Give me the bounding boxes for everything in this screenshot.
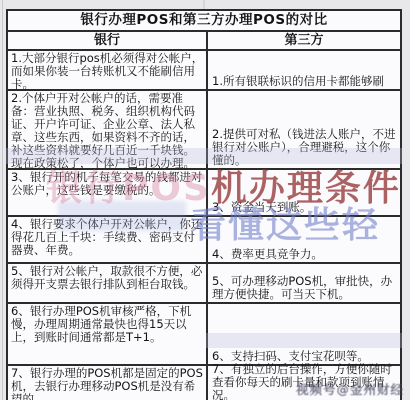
table-title: 银行办理POS和第三方办理POS的对比 [8, 11, 400, 32]
bank-cell-4: 4、银行要求个体户开对公帐户，你还得花几百上千块：手续费、密码支付器费、年费。 [8, 217, 208, 262]
table-row: 4、银行要求个体户开对公帐户，你还得花几百上千块：手续费、密码支付器费、年费。 … [8, 217, 400, 264]
bank-cell-6: 6、银行办理POS机审核严格，下机慢，办理周期通常最快也得15天以上，到账时间通… [8, 304, 208, 364]
bank-cell-2: 2.个体户开对公帐户的话，需要准备：营业执照、税务、组织机构代码证、开户许可证、… [8, 91, 208, 168]
table-row: 2.个体户开对公帐户的话，需要准备：营业执照、税务、组织机构代码证、开户许可证、… [8, 91, 400, 170]
scanned-comparison-page: 银行办理POS和第三方办理POS的对比 银行 第三方 1.大部分银行pos机必须… [0, 0, 410, 400]
cell-text: 7、有独立的后台操作，方便你随时查看你每天的刷卡量和款项到账情况。 [212, 363, 398, 400]
cell-text: 4、费率更具竞争力。 [212, 248, 323, 261]
thirdparty-cell-3: 3、资金当天到账。 [208, 170, 400, 215]
bank-cell-1: 1.大部分银行pos机必须得对公帐户，而如果你装一台转账机又不能刷信用卡。 [8, 51, 208, 89]
column-header-bank: 银行 [8, 32, 208, 49]
scan-edge-line [2, 0, 3, 400]
table-row: 1.大部分银行pos机必须得对公帐户，而如果你装一台转账机又不能刷信用卡。 1.… [8, 51, 400, 91]
table-row: 5、银行对公帐户，取款很不方便，必须得开支票去银行排队到柜台取钱。 5、可办理移… [8, 264, 400, 304]
table-header-row: 银行 第三方 [8, 32, 400, 51]
thirdparty-cell-2: 2.提供可对私（钱进法人账户，不进银行对公账户），合理避税，这个你懂的。 [208, 91, 400, 168]
cell-text: 5、可办理移动POS机，审批快，办理方便快捷。可当天下机。 [212, 275, 398, 301]
scan-fold-mark [203, 0, 205, 9]
bank-cell-3: 3、银行开的机子每笔交易的钱都进对公账户，这些钱是要缴税的。 [8, 170, 208, 215]
table-row: 3、银行开的机子每笔交易的钱都进对公账户，这些钱是要缴税的。 3、资金当天到账。 [8, 170, 400, 217]
thirdparty-cell-5: 5、可办理移动POS机，审批快，办理方便快捷。可当天下机。 [208, 264, 400, 302]
comparison-table: 银行办理POS和第三方办理POS的对比 银行 第三方 1.大部分银行pos机必须… [6, 9, 402, 400]
thirdparty-cell-4: 4、费率更具竞争力。 [208, 217, 400, 262]
bank-cell-5: 5、银行对公帐户，取款很不方便，必须得开支票去银行排队到柜台取钱。 [8, 264, 208, 302]
cell-text: 3、资金当天到账。 [212, 201, 311, 214]
cell-text: 1.所有银联标识的信用卡都能够刷 [212, 75, 384, 88]
thirdparty-cell-6: 6、支持扫码、支付宝花呗等。 [208, 304, 400, 364]
column-header-thirdparty: 第三方 [208, 32, 400, 49]
cell-text: 2.提供可对私（钱进法人账户，不进银行对公账户），合理避税，这个你懂的。 [212, 128, 398, 167]
table-row: 6、银行办理POS机审核严格，下机慢，办理周期通常最快也得15天以上，到账时间通… [8, 304, 400, 366]
table-row: 7、银行办理的POS机都是固定的POS机，去银行办理移动POS机是没有希望的。 … [8, 366, 400, 400]
bank-cell-7: 7、银行办理的POS机都是固定的POS机，去银行办理移动POS机是没有希望的。 [8, 366, 208, 400]
thirdparty-cell-1: 1.所有银联标识的信用卡都能够刷 [208, 51, 400, 89]
thirdparty-cell-7: 7、有独立的后台操作，方便你随时查看你每天的刷卡量和款项到账情况。 [208, 366, 400, 400]
